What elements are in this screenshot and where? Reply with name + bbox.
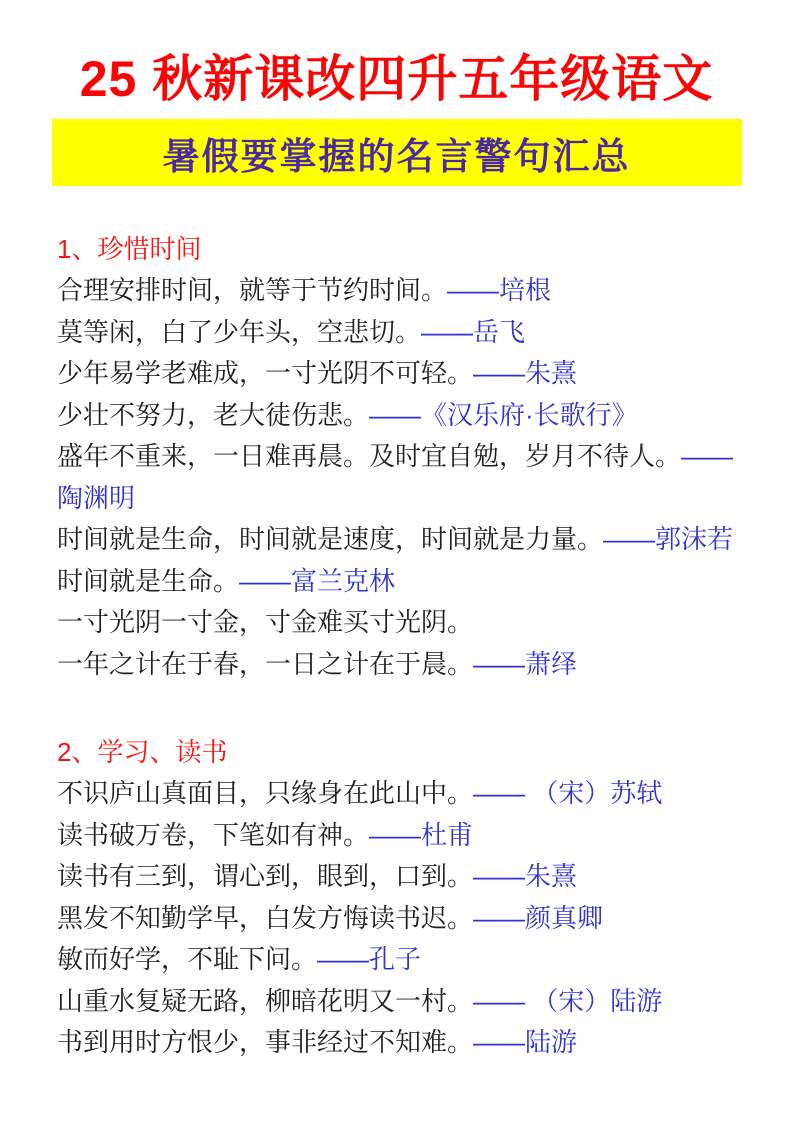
quote-author: ——杜甫 — [369, 820, 473, 850]
quote-author: ——《汉乐府·长歌行》 — [369, 400, 638, 430]
quote-author: ——培根 — [447, 275, 551, 305]
quote-line: 敏而好学，不耻下问。——孔子 — [57, 939, 743, 981]
quote-text: 盛年不重来，一日难再晨。及时宜自勉，岁月不待人。 — [57, 441, 681, 471]
quote-line: 时间就是生命，时间就是速度，时间就是力量。——郭沫若 — [57, 519, 743, 561]
quote-text: 一年之计在于春，一日之计在于晨。 — [57, 649, 473, 679]
section-cherish-time: 1、珍惜时间 合理安排时间，就等于节约时间。——培根 莫等闲，白了少年头，空悲切… — [57, 228, 743, 685]
quote-text: 黑发不知勤学早，白发方悔读书迟。 — [57, 903, 473, 933]
quote-line: 书到用时方恨少，事非经过不知难。——陆游 — [57, 1022, 743, 1064]
quotes-content: 1、珍惜时间 合理安排时间，就等于节约时间。——培根 莫等闲，白了少年头，空悲切… — [57, 228, 743, 1064]
quote-line: 少年易学老难成，一寸光阴不可轻。——朱熹 — [57, 353, 743, 395]
quote-author: —— （宋）苏轼 — [473, 778, 662, 808]
quote-line: 读书有三到，谓心到，眼到，口到。——朱熹 — [57, 856, 743, 898]
quote-text: 一寸光阴一寸金，寸金难买寸光阴。 — [57, 607, 473, 637]
quote-line: 合理安排时间，就等于节约时间。——培根 — [57, 270, 743, 312]
quote-text: 莫等闲，白了少年头，空悲切。 — [57, 317, 421, 347]
quote-author: ——富兰克林 — [239, 566, 395, 596]
quote-text: 时间就是生命。 — [57, 566, 239, 596]
quote-line: 黑发不知勤学早，白发方悔读书迟。——颜真卿 — [57, 898, 743, 940]
quote-text: 时间就是生命，时间就是速度，时间就是力量。 — [57, 524, 603, 554]
quote-line: 读书破万卷，下笔如有神。——杜甫 — [57, 815, 743, 857]
quote-author: ——朱熹 — [473, 861, 577, 891]
quote-text: 读书破万卷，下笔如有神。 — [57, 820, 369, 850]
quote-line: 不识庐山真面目，只缘身在此山中。—— （宋）苏轼 — [57, 773, 743, 815]
quote-author: ——岳飞 — [421, 317, 525, 347]
quote-author: ——朱熹 — [473, 358, 577, 388]
quote-line: 莫等闲，白了少年头，空悲切。——岳飞 — [57, 312, 743, 354]
quote-author: ——郭沫若 — [603, 524, 733, 554]
quote-text: 山重水复疑无路，柳暗花明又一村。 — [57, 986, 473, 1016]
quote-author: ——颜真卿 — [473, 903, 603, 933]
subtitle-banner: 暑假要掌握的名言警句汇总 — [52, 119, 742, 186]
quote-text: 合理安排时间，就等于节约时间。 — [57, 275, 447, 305]
quote-author: ——萧绎 — [473, 649, 577, 679]
quote-text: 少壮不努力，老大徒伤悲。 — [57, 400, 369, 430]
page-title: 25 秋新课改四升五年级语文 — [0, 0, 793, 110]
quote-line: 山重水复疑无路，柳暗花明又一村。—— （宋）陆游 — [57, 981, 743, 1023]
quote-text: 少年易学老难成，一寸光阴不可轻。 — [57, 358, 473, 388]
quote-author: ——陆游 — [473, 1027, 577, 1057]
quote-line: 一年之计在于春，一日之计在于晨。——萧绎 — [57, 644, 743, 686]
section-heading: 1、珍惜时间 — [57, 228, 743, 270]
quote-author: —— （宋）陆游 — [473, 986, 662, 1016]
quote-text: 书到用时方恨少，事非经过不知难。 — [57, 1027, 473, 1057]
subtitle-text: 暑假要掌握的名言警句汇总 — [163, 126, 631, 180]
quote-line: 盛年不重来，一日难再晨。及时宜自勉，岁月不待人。——陶渊明 — [57, 436, 743, 519]
section-study-reading: 2、学习、读书 不识庐山真面目，只缘身在此山中。—— （宋）苏轼 读书破万卷，下… — [57, 731, 743, 1064]
quote-line: 一寸光阴一寸金，寸金难买寸光阴。 — [57, 602, 743, 644]
quote-text: 敏而好学，不耻下问。 — [57, 944, 317, 974]
section-heading: 2、学习、读书 — [57, 731, 743, 773]
quote-text: 不识庐山真面目，只缘身在此山中。 — [57, 778, 473, 808]
quote-line: 少壮不努力，老大徒伤悲。——《汉乐府·长歌行》 — [57, 395, 743, 437]
quote-author: ——孔子 — [317, 944, 421, 974]
document-page: 25 秋新课改四升五年级语文 暑假要掌握的名言警句汇总 1、珍惜时间 合理安排时… — [0, 0, 793, 1122]
quote-text: 读书有三到，谓心到，眼到，口到。 — [57, 861, 473, 891]
quote-line: 时间就是生命。——富兰克林 — [57, 561, 743, 603]
